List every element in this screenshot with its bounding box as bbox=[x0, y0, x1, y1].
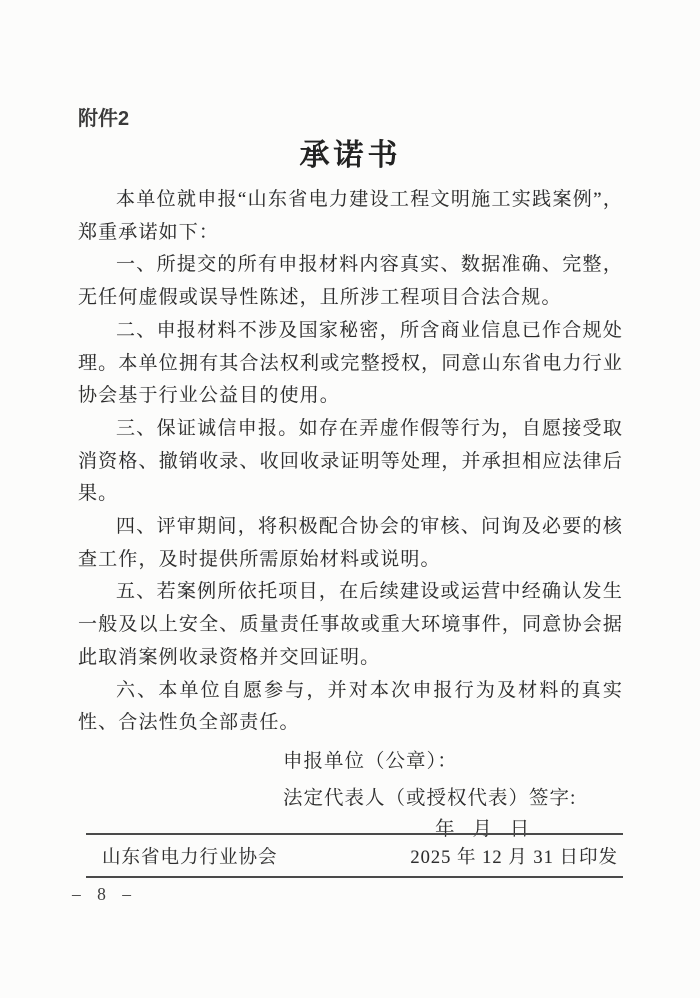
footer-row: 山东省电力行业协会 2025 年 12 月 31 日印发 bbox=[86, 835, 623, 876]
clause-4-paragraph: 四、评审期间，将积极配合协会的审核、问询及必要的核查工作，及时提供所需原始材料或… bbox=[78, 511, 623, 576]
page-number: – 8 – bbox=[72, 884, 137, 905]
signature-block: 申报单位（公章）： 法定代表人（或授权代表）签字: 年 月 日 bbox=[78, 747, 623, 843]
body-text: 本单位就申报“山东省电力建设工程文明施工实践案例”，郑重承诺如下： 一、所提交的… bbox=[78, 184, 623, 740]
footer-organization: 山东省电力行业协会 bbox=[102, 843, 278, 869]
signature-representative-line: 法定代表人（或授权代表）签字: bbox=[283, 784, 623, 814]
document-content: 附件2 承诺书 本单位就申报“山东省电力建设工程文明施工实践案例”，郑重承诺如下… bbox=[78, 0, 623, 843]
clause-3-paragraph: 三、保证诚信申报。如存在弄虚作假等行为，自愿接受取消资格、撤销收录、收回收录证明… bbox=[78, 413, 623, 511]
clause-2-paragraph: 二、申报材料不涉及国家秘密，所含商业信息已作合规处理。本单位拥有其合法权利或完整… bbox=[78, 315, 623, 413]
intro-paragraph: 本单位就申报“山东省电力建设工程文明施工实践案例”，郑重承诺如下： bbox=[78, 184, 623, 249]
footer-print-date: 2025 年 12 月 31 日印发 bbox=[410, 843, 618, 869]
clause-1-paragraph: 一、所提交的所有申报材料内容真实、数据准确、完整，无任何虚假或误导性陈述，且所涉… bbox=[78, 249, 623, 314]
clause-5-paragraph: 五、若案例所依托项目，在后续建设或运营中经确认发生一般及以上安全、质量责任事故或… bbox=[78, 576, 623, 674]
document-title: 承诺书 bbox=[78, 136, 623, 176]
clause-6-paragraph: 六、本单位自愿参与，并对本次申报行为及材料的真实性、合法性负全部责任。 bbox=[78, 675, 623, 740]
attachment-label: 附件2 bbox=[78, 106, 623, 132]
document-page: 附件2 承诺书 本单位就申报“山东省电力建设工程文明施工实践案例”，郑重承诺如下… bbox=[0, 0, 700, 998]
document-footer: 山东省电力行业协会 2025 年 12 月 31 日印发 bbox=[86, 833, 623, 878]
signature-unit-line: 申报单位（公章）： bbox=[283, 747, 623, 777]
